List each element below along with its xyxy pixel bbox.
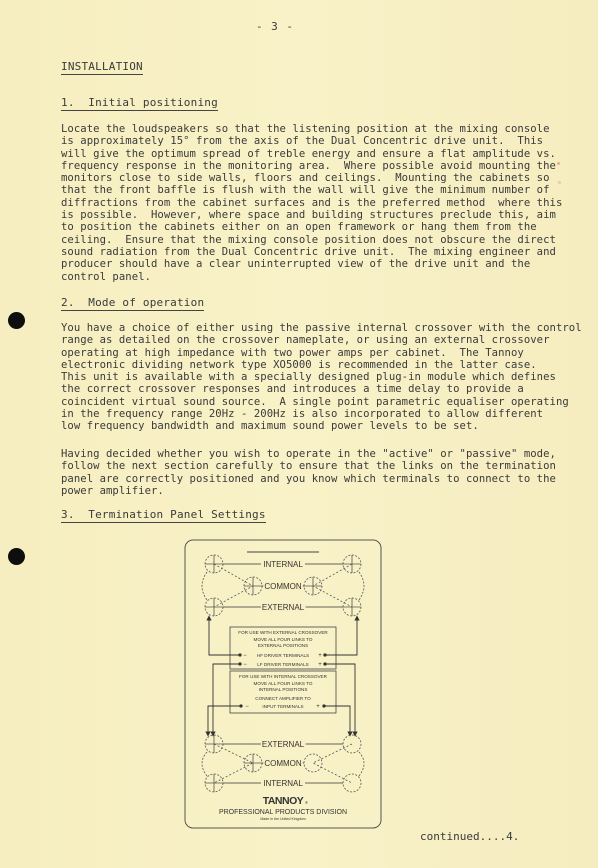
internal-box-line2: INTERNAL POSITIONS (259, 687, 308, 692)
binder-hole (8, 548, 25, 565)
internal-box-line3: CONNECT AMPLIFIER TO (255, 696, 311, 701)
text-line: sound radiation from the Dual Concentric… (61, 246, 571, 258)
text-line: panel are correctly positioned and you k… (61, 473, 571, 485)
plus-sign: + (318, 653, 322, 659)
text-line: range as detailed on the crossover namep… (61, 334, 571, 346)
section-heading-initial-positioning: 1. Initial positioning (61, 96, 218, 111)
external-box-title: FOR USE WITH EXTERNAL CROSSOVER (238, 630, 328, 635)
tannoy-logo: TANNOY (263, 795, 304, 807)
continued-label: continued....4. (420, 830, 519, 843)
internal-box-line1: MOVE ALL FOUR LINKS TO (254, 681, 313, 686)
label-top-external: EXTERNAL (262, 603, 305, 612)
text-line: You have a choice of either using the pa… (61, 322, 571, 334)
paragraph-mode-of-operation: You have a choice of either using the pa… (61, 322, 571, 433)
text-line: follow the next section carefully to ens… (61, 460, 571, 472)
text-line: is approximately 15° from the axis of th… (61, 135, 571, 147)
text-line: Having decided whether you wish to opera… (61, 448, 571, 460)
section-heading-termination-panel: 3. Termination Panel Settings (61, 508, 266, 523)
made-in-label: Made in the United Kingdom (260, 817, 305, 821)
text-line: operating at high impedance with two pow… (61, 347, 571, 359)
text-line: power amplifier. (61, 485, 571, 497)
paragraph-initial-positioning: Locate the loudspeakers so that the list… (61, 123, 571, 283)
division-label: PROFESSIONAL PRODUCTS DIVISION (219, 809, 347, 816)
text-line: This unit is available with a specially … (61, 371, 571, 383)
text-line: monitors close to side walls, floors and… (61, 172, 571, 184)
plus-sign: + (316, 704, 320, 710)
text-line: producer should have a clear uninterrupt… (61, 258, 571, 270)
input-terminals-label: INPUT TERMINALS (262, 704, 303, 709)
label-bottom-external: EXTERNAL (262, 740, 305, 749)
text-line: Locate the loudspeakers so that the list… (61, 123, 571, 135)
hf-driver-terminals-label: HF DRIVER TERMINALS (257, 653, 309, 658)
label-bottom-internal: INTERNAL (263, 779, 303, 788)
text-line: electronic dividing network type XO5000 … (61, 359, 571, 371)
text-line: the correct crossover responses and intr… (61, 383, 571, 395)
page-number: - 3 - (0, 20, 550, 33)
text-line: control panel. (61, 271, 571, 283)
minus-sign: − (243, 662, 247, 668)
plus-sign: + (318, 662, 322, 668)
minus-sign: − (245, 704, 249, 710)
text-line: coincident virtual sound source. A singl… (61, 396, 571, 408)
label-bottom-common: COMMON (264, 759, 302, 768)
text-line: will give the optimum spread of treble e… (61, 148, 571, 160)
minus-sign: − (243, 653, 247, 659)
section-heading-mode-of-operation: 2. Mode of operation (61, 296, 204, 311)
binder-hole (8, 312, 25, 329)
internal-box-title: FOR USE WITH INTERNAL CROSSOVER (239, 674, 328, 679)
text-line: in the frequency range 20Hz - 200Hz is a… (61, 408, 571, 420)
lf-driver-terminals-label: LF DRIVER TERMINALS (257, 662, 308, 667)
text-line: that the front baffle is flush with the … (61, 184, 571, 196)
text-line: diffractions from the cabinet surfaces a… (61, 197, 571, 209)
text-line: frequency response in the monitoring are… (61, 160, 571, 172)
external-box-line2: EXTERNAL POSITIONS (258, 643, 308, 648)
text-line: to position the cabinets either on an op… (61, 221, 571, 233)
paragraph-active-passive: Having decided whether you wish to opera… (61, 448, 571, 497)
registered-mark: ® (305, 800, 308, 805)
text-line: ceiling. Ensure that the mixing console … (61, 234, 571, 246)
text-line: low frequency bandwidth and maximum soun… (61, 420, 571, 432)
section-heading-installation: INSTALLATION (61, 60, 143, 75)
label-top-internal: INTERNAL (263, 560, 303, 569)
termination-panel-diagram: INTERNAL COMMON EXTERNAL FOR USE WITH EX… (183, 538, 383, 830)
text-line: is possible. However, where space and bu… (61, 209, 571, 221)
external-box-line1: MOVE ALL FOUR LINKS TO (254, 637, 313, 642)
label-top-common: COMMON (264, 582, 302, 591)
